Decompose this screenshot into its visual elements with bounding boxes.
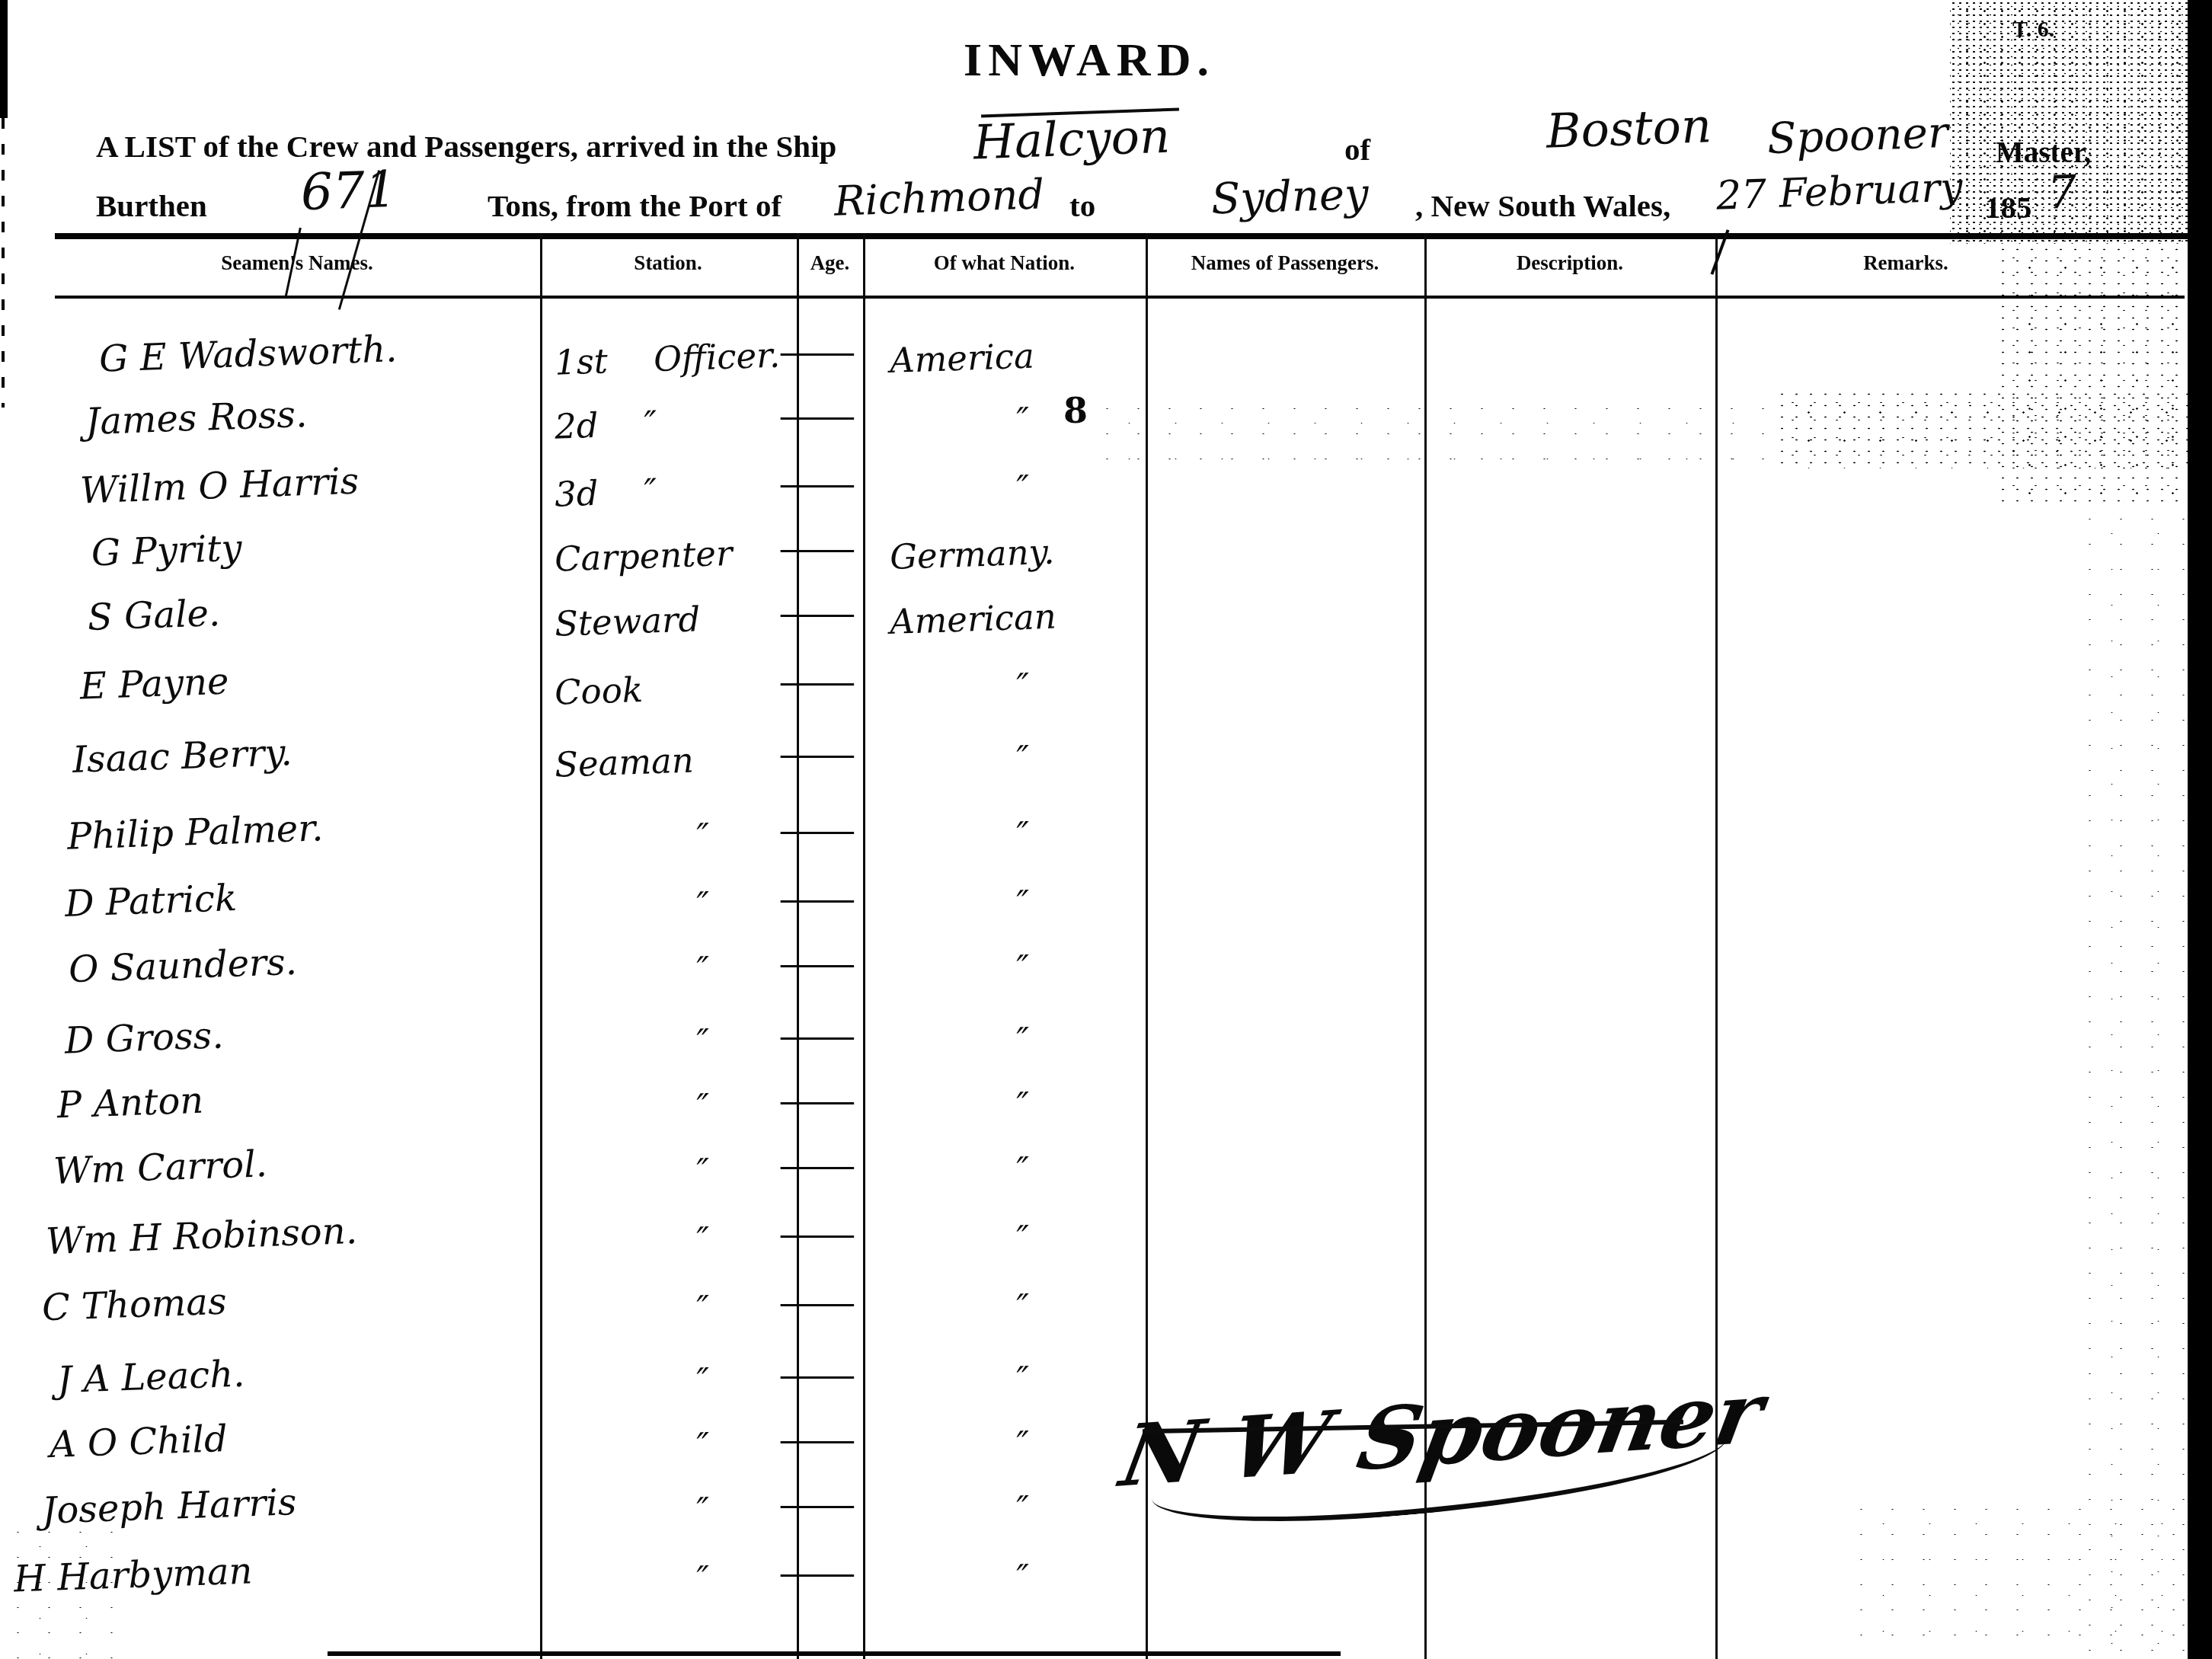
table-row: Wm H Robinson. ″ — ″: [0, 1215, 2212, 1285]
ship-name-handwritten: Halcyon: [973, 108, 1171, 171]
scan-noise-right-sparse: [2072, 503, 2189, 1659]
table-row: O Saunders. ″ — ″: [0, 945, 2212, 1015]
nation-value: ″: [889, 1015, 1157, 1065]
scan-noise-bottom-left: [0, 1516, 114, 1659]
seaman-name: Philip Palmer.: [66, 807, 324, 858]
scan-noise-band-left: [1089, 392, 1775, 465]
table-row: Isaac Berry. Seaman — ″: [0, 735, 2212, 805]
nation-value: ″: [889, 943, 1157, 993]
nation-value: ″: [889, 1552, 1157, 1602]
seaman-name: Wm Carrol.: [53, 1143, 268, 1193]
left-edge-scan-dashes: [2, 118, 5, 408]
scan-noise-bottom-right: [1843, 1493, 2189, 1659]
seaman-name: D Patrick: [64, 877, 238, 925]
nation-value: ″: [889, 878, 1157, 928]
nation-value: American: [889, 593, 1157, 642]
printed-burthen: Burthen: [96, 187, 207, 224]
right-edge-scan-bar: [2188, 0, 2212, 1659]
seaman-name: E Payne: [79, 660, 229, 708]
nation-value: ″: [889, 1354, 1157, 1404]
printed-tons-from-port: Tons, from the Port of: [487, 187, 782, 224]
table-row: S Gale. Steward — American: [0, 594, 2212, 664]
master-name-handwritten: Spooner: [1766, 108, 1949, 164]
nation-value: America: [889, 331, 1157, 381]
column-header-station: Station.: [554, 251, 782, 275]
table-row: Wm Carrol. ″ — ″: [0, 1146, 2212, 1216]
printed-of: of: [1344, 131, 1370, 168]
seaman-name: J A Leach.: [56, 1353, 245, 1402]
seaman-name: D Gross.: [64, 1014, 224, 1062]
table-row: P Anton ″ — ″: [0, 1082, 2212, 1152]
nation-value: ″: [889, 1080, 1157, 1130]
nation-value: ″: [889, 1419, 1157, 1469]
column-header-of-what-nation: Of what Nation.: [863, 251, 1146, 275]
nation-value: ″: [889, 463, 1157, 513]
seaman-name: Isaac Berry.: [72, 731, 292, 782]
seaman-name: Willm O Harris: [79, 460, 360, 513]
scan-noise-band-right: [1775, 388, 2189, 468]
seaman-name: Wm H Robinson.: [45, 1210, 358, 1263]
port-from-handwritten: Richmond: [833, 170, 1045, 225]
printed-to: to: [1069, 187, 1095, 224]
table-row: D Gross. ″ — ″: [0, 1017, 2212, 1087]
table-header-rule: [55, 296, 2185, 299]
nation-value: ″: [889, 1213, 1157, 1263]
page-title: INWARD.: [861, 34, 1318, 88]
printed-list-prefix: A LIST of the Crew and Passengers, arriv…: [96, 128, 836, 165]
column-header-seamens-names: Seamen's Names.: [145, 251, 449, 275]
nation-value: ″: [889, 1282, 1157, 1331]
column-header-description: Description.: [1424, 251, 1715, 275]
table-row: Willm O Harris 3d ″ — ″: [0, 465, 2212, 535]
table-row: J A Leach. ″ — ″: [0, 1356, 2212, 1426]
registry-port-handwritten: Boston: [1546, 97, 1712, 159]
seaman-name: G E Wadsworth.: [98, 328, 398, 381]
scan-noise-top-right-dense: [1950, 0, 2191, 244]
table-row: A O Child ″ — ″: [0, 1421, 2212, 1491]
column-header-age: Age.: [797, 251, 863, 275]
column-header-names-of-passengers: Names of Passengers.: [1146, 251, 1424, 275]
nation-value: ″: [889, 810, 1157, 859]
nation-value: Germany.: [889, 528, 1157, 577]
table-row: C Thomas ″ — ″: [0, 1283, 2212, 1354]
printed-new-south-wales: , New South Wales,: [1415, 187, 1670, 224]
nation-value: ″: [889, 661, 1157, 711]
table-row: E Payne Cook — ″: [0, 663, 2212, 733]
table-row: D Patrick ″ — ″: [0, 880, 2212, 950]
bottom-edge-rule: [328, 1651, 1341, 1656]
date-handwritten: 27 February: [1715, 165, 1963, 219]
nation-value: ″: [889, 734, 1157, 783]
table-row: G Pyrity Carpenter — Germany.: [0, 529, 2212, 599]
left-edge-scan-bar: [0, 0, 8, 118]
seaman-name: C Thomas: [41, 1280, 227, 1329]
seaman-name: A O Child: [49, 1418, 228, 1466]
seaman-name: G Pyrity: [91, 527, 243, 575]
nation-value: ″: [889, 1145, 1157, 1194]
seaman-name: S Gale.: [87, 592, 221, 639]
seaman-name: James Ross.: [85, 393, 308, 443]
table-row: Philip Palmer. ″ — ″: [0, 811, 2212, 881]
nation-value: ″: [889, 1484, 1157, 1533]
seaman-name: O Saunders.: [68, 941, 298, 991]
tonnage-handwritten: 671: [300, 160, 398, 222]
scanned-document-page: T. 6. INWARD. A LIST of the Crew and Pas…: [0, 0, 2212, 1659]
port-to-handwritten: Sydney: [1210, 169, 1370, 224]
table-top-rule: [55, 233, 2188, 239]
seaman-name: P Anton: [56, 1079, 204, 1127]
